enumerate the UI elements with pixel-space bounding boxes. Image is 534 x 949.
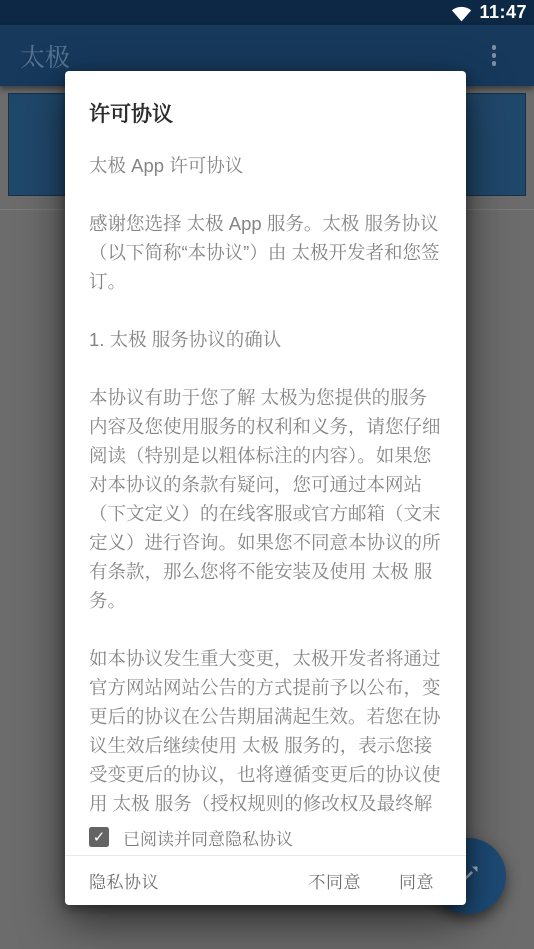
- agree-button[interactable]: 同意: [387, 860, 446, 901]
- wifi-icon: [451, 4, 472, 22]
- license-agreement-dialog: 许可协议 太极 App 许可协议感谢您选择 太极 App 服务。太极 服务协议（…: [65, 71, 466, 905]
- app-title: 太极: [20, 38, 70, 74]
- privacy-consent-label: 已阅读并同意隐私协议: [123, 825, 293, 850]
- agreement-paragraph: 本协议有助于您了解 太极为您提供的服务内容及您使用服务的权利和义务，请您仔细阅读…: [89, 383, 442, 615]
- dialog-title: 许可协议: [65, 71, 466, 128]
- disagree-button[interactable]: 不同意: [297, 860, 374, 901]
- dialog-button-bar: 隐私协议 不同意 同意: [65, 856, 466, 905]
- checkmark-icon: ✓: [93, 830, 106, 845]
- status-bar: 11:47: [0, 0, 534, 25]
- overflow-menu-icon[interactable]: [474, 34, 514, 78]
- agreement-paragraph: 太极 App 许可协议: [89, 151, 442, 180]
- agreement-text-scroll-area[interactable]: 太极 App 许可协议感谢您选择 太极 App 服务。太极 服务协议（以下简称“…: [65, 128, 466, 819]
- privacy-policy-button[interactable]: 隐私协议: [77, 860, 171, 901]
- agreement-paragraph: 感谢您选择 太极 App 服务。太极 服务协议（以下简称“本协议”）由 太极开发…: [89, 209, 442, 296]
- agreement-paragraph: 如本协议发生重大变更，太极开发者将通过官方网站网站公告的方式提前予以公布，变更后…: [89, 644, 442, 819]
- privacy-consent-row[interactable]: ✓ 已阅读并同意隐私协议: [65, 819, 466, 855]
- agreement-paragraph: 1. 太极 服务协议的确认: [89, 325, 442, 354]
- privacy-consent-checkbox[interactable]: ✓: [89, 827, 109, 847]
- status-clock: 11:47: [479, 2, 527, 23]
